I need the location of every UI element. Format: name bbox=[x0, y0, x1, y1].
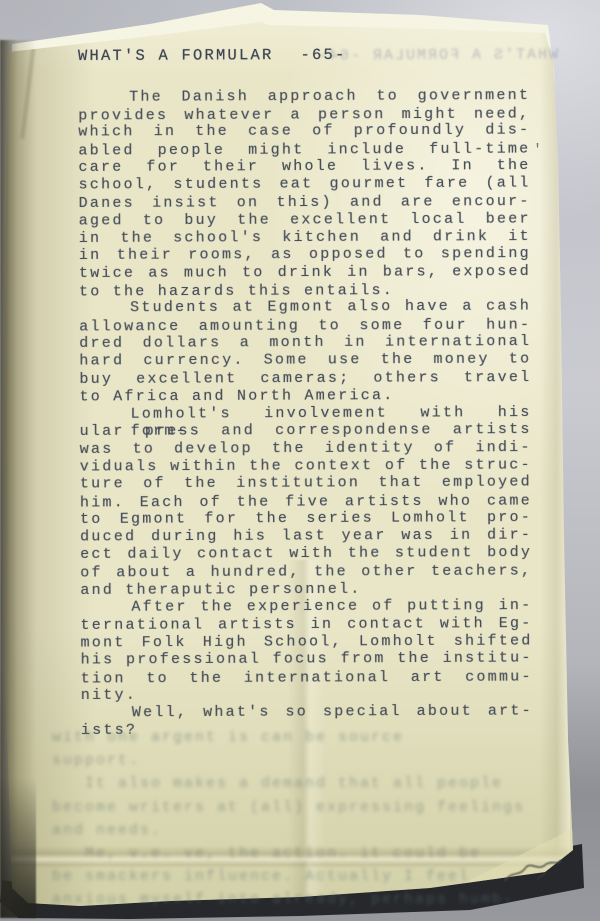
stray-ink-mark: ' bbox=[533, 142, 542, 159]
body-lines: The Danish approach to governmentprovide… bbox=[78, 87, 533, 740]
text-line: school, students eat gourmet fare (all bbox=[79, 175, 531, 195]
text-line: which in the case of profoundly dis- bbox=[78, 122, 530, 142]
text-line: Students at Egmont also have a cash bbox=[79, 298, 531, 318]
ghost-line: with one argent is can be source bbox=[52, 726, 557, 749]
text-line: in the school's kitchen and drink it bbox=[79, 228, 531, 248]
ghost-line: be smackers influence. Actually I feel bbox=[52, 865, 557, 888]
text-line: After the experience of putting in- bbox=[80, 597, 532, 617]
ghost-line: anxious myself into already, perhaps hum… bbox=[52, 888, 557, 911]
text-line: Danes insist on this) and are encour- bbox=[79, 193, 531, 213]
ghost-text-showthrough: with one argent is can be sourcesupport.… bbox=[52, 726, 557, 912]
text-line: duced during his last year was in dir- bbox=[80, 526, 532, 546]
ghost-line: support. bbox=[52, 749, 557, 772]
text-line: and theraputic personnel. bbox=[80, 579, 532, 599]
text-line: ture of the institution that employed bbox=[80, 474, 532, 494]
ghost-line: become writers at (all) expressing feeli… bbox=[52, 796, 557, 819]
text-line: was to develop the identity of indi- bbox=[80, 439, 532, 459]
text-line: twice as much to drink in bars, exposed bbox=[79, 263, 531, 283]
text-line: Well, what's so special about art- bbox=[81, 702, 533, 722]
text-line: Lomholt's involvement with his form- bbox=[80, 403, 532, 423]
text-line: in their rooms, as opposed to spending bbox=[79, 245, 531, 265]
ghost-line: and needs. bbox=[52, 819, 557, 842]
text-line: ular press and correspondense artists bbox=[80, 421, 532, 441]
text-line: ect daily contact with the student body bbox=[80, 545, 532, 565]
ghost-line: Me, v.e. ve, the action. it could be bbox=[52, 842, 557, 865]
text-line: buy excellent cameras; others travel bbox=[79, 369, 531, 389]
text-line: his professional focus from the institu- bbox=[81, 650, 533, 670]
spine-shadow bbox=[0, 40, 36, 918]
ghost-line: It also makes a demand that all people bbox=[52, 772, 557, 795]
page-title: WHAT'S A FORMULAR bbox=[78, 46, 274, 65]
text-line: The Danish approach to government bbox=[78, 87, 530, 107]
text-line: ternational artists in contact with Eg- bbox=[80, 615, 532, 635]
text-line: hard currency. Some use the money to bbox=[79, 351, 531, 371]
ghost-header-showthrough: WHAT'S A FORMULAR -64- bbox=[300, 46, 558, 64]
